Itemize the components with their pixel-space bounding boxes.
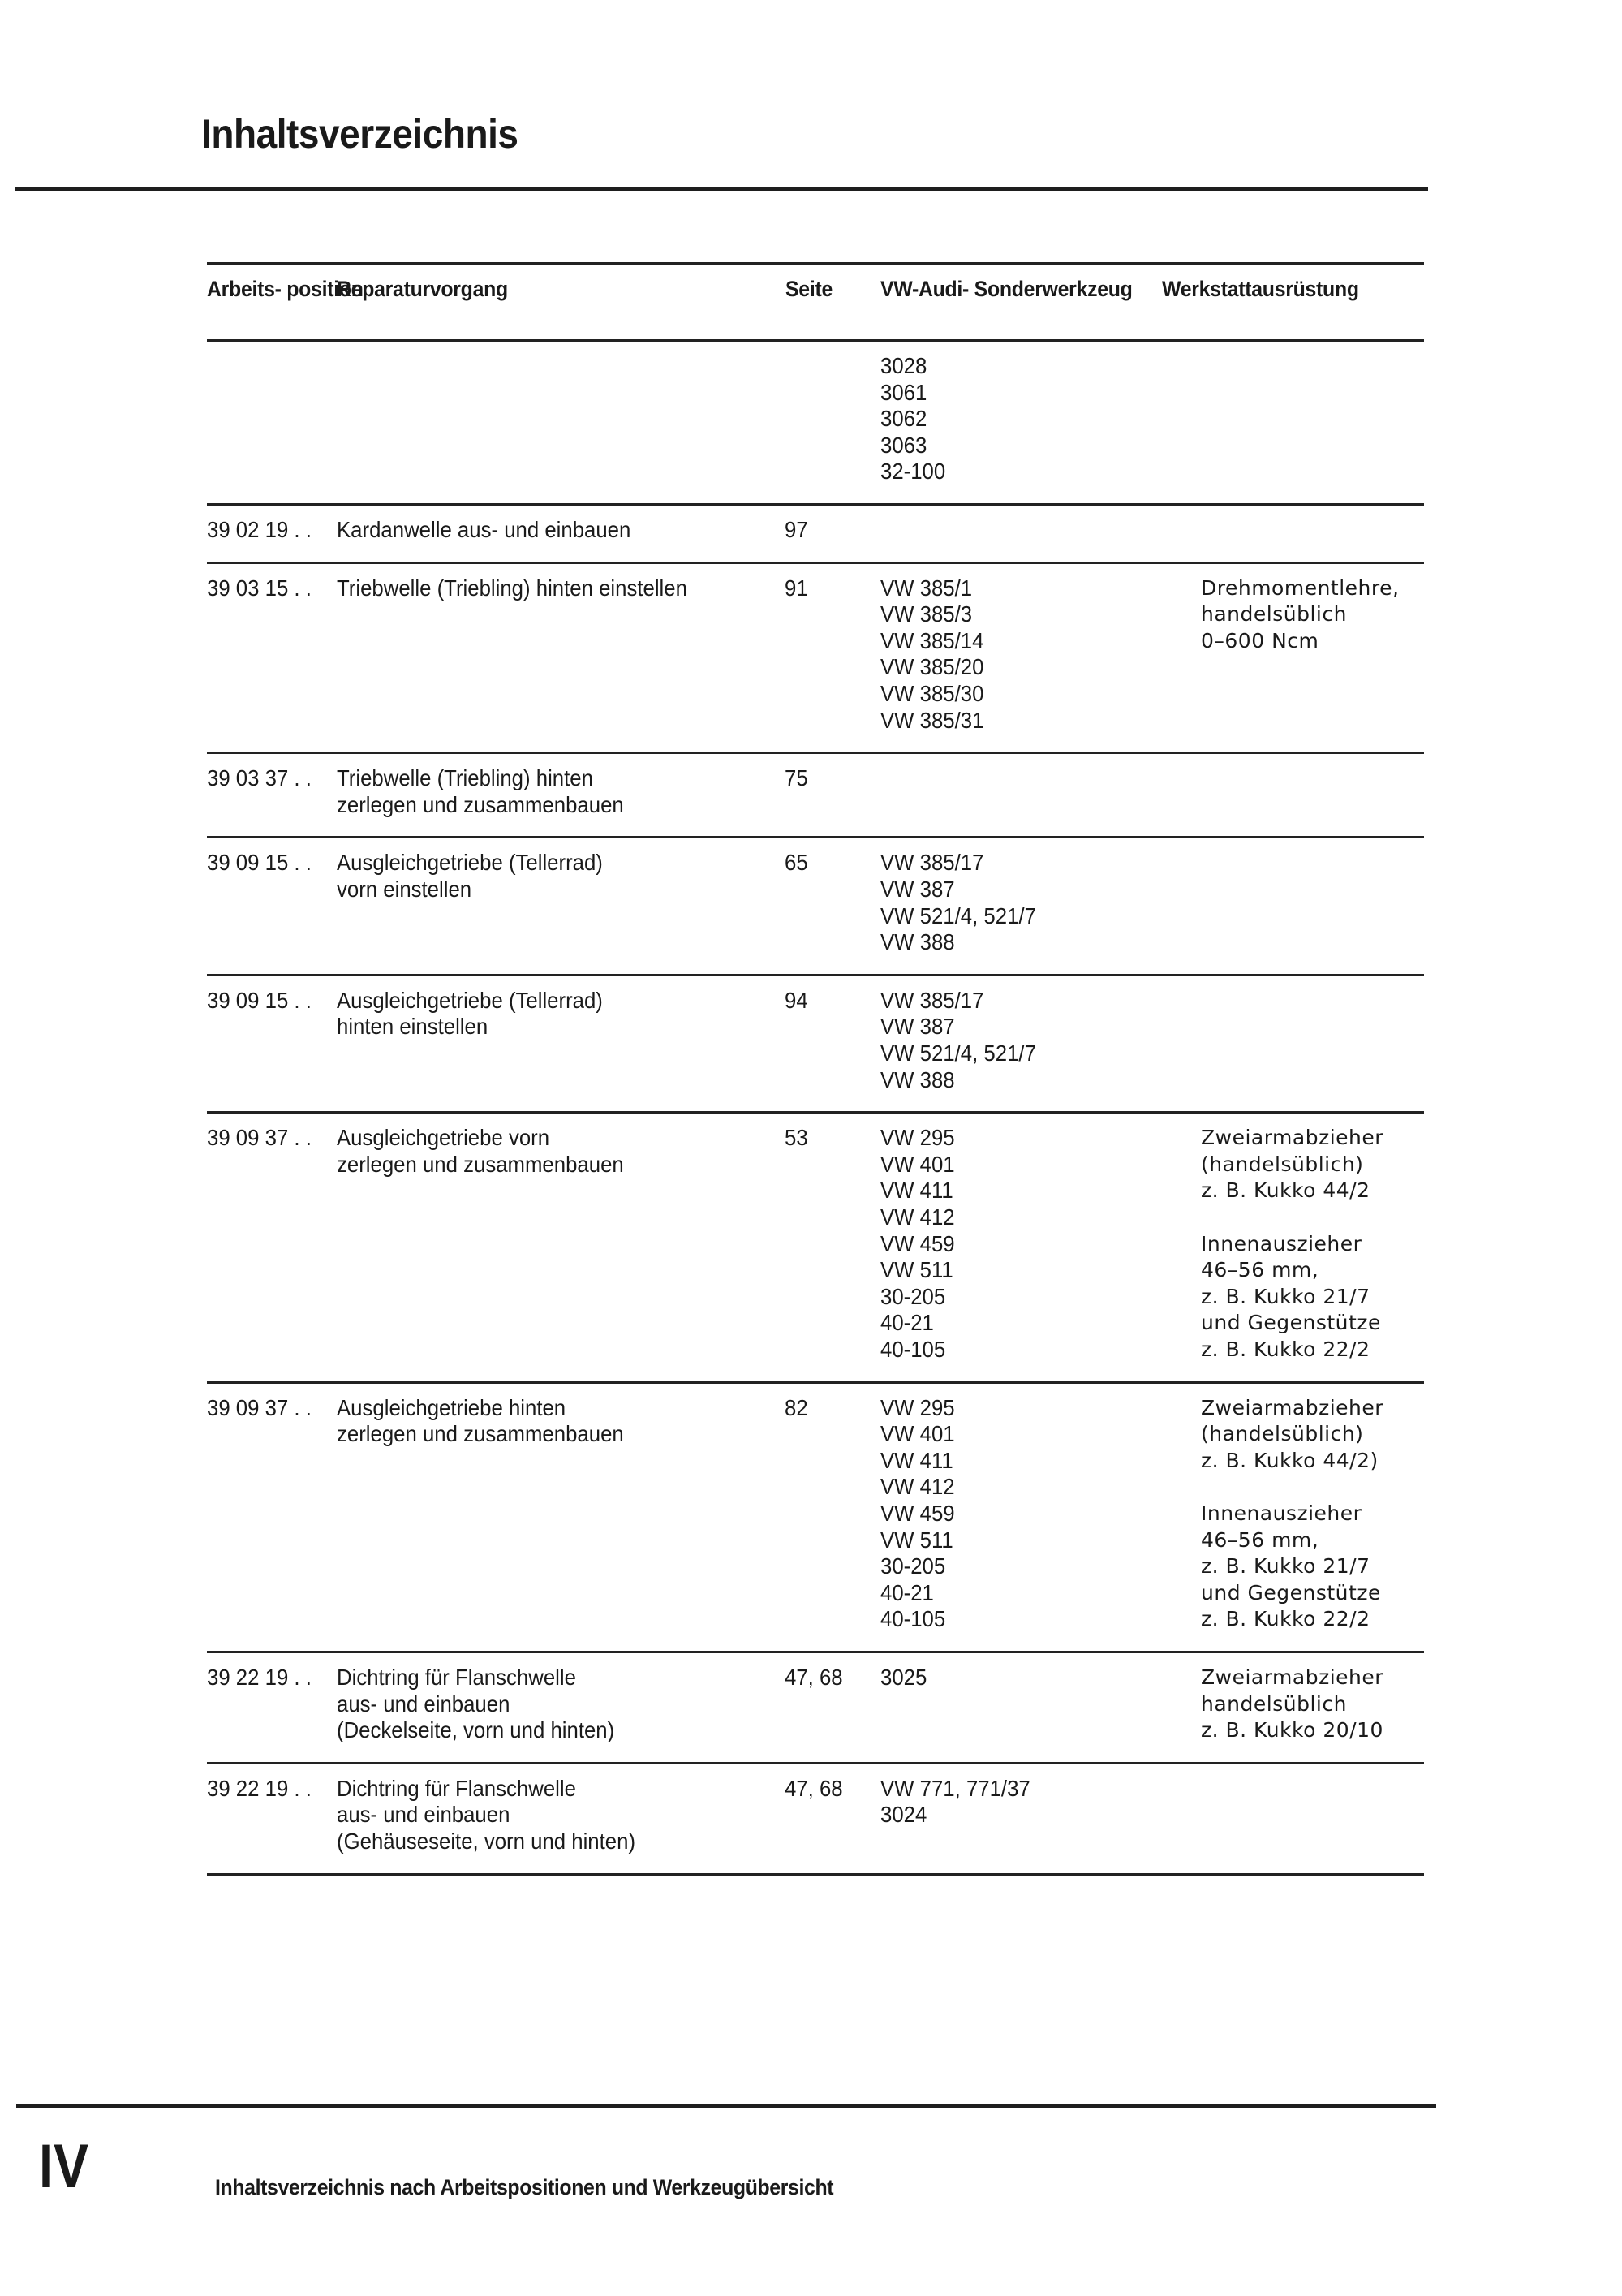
contents-table: Arbeits- position Reparaturvorgang Seite… xyxy=(207,262,1424,1876)
special-tools: VW 295VW 401VW 411VW 412VW 459VW 51130-2… xyxy=(880,1395,955,1633)
page-reference: 91 xyxy=(785,575,808,602)
table-body: 302830613062306332-10039 02 19 . .Kardan… xyxy=(207,342,1424,1876)
title-divider xyxy=(15,187,1428,191)
row-divider xyxy=(207,1873,1424,1876)
table-row: 39 03 37 . .Triebwelle (Triebling) hinte… xyxy=(207,754,1424,836)
repair-description: Triebwelle (Triebling) hinten einstellen xyxy=(337,575,687,602)
page-reference: 97 xyxy=(785,517,808,544)
workshop-equipment: Zweiarmabzieher(handelsüblich)z. B. Kukk… xyxy=(1201,1395,1383,1633)
table-row: 302830613062306332-100 xyxy=(207,342,1424,503)
repair-description: Kardanwelle aus- und einbauen xyxy=(337,517,630,544)
special-tools: 302830613062306332-100 xyxy=(880,353,945,485)
header-description: Reparaturvorgang xyxy=(337,276,508,303)
special-tools: 3025 xyxy=(880,1665,927,1691)
special-tools: VW 385/17VW 387VW 521/4, 521/7VW 388 xyxy=(880,850,1036,955)
special-tools: VW 385/1VW 385/3VW 385/14VW 385/20VW 385… xyxy=(880,575,983,734)
work-position: 39 09 15 . . xyxy=(207,850,312,877)
repair-description: Triebwelle (Triebling) hintenzerlegen un… xyxy=(337,765,624,818)
page-reference: 47, 68 xyxy=(785,1665,843,1691)
workshop-equipment: Zweiarmabzieherhandelsüblichz. B. Kukko … xyxy=(1201,1665,1383,1744)
work-position: 39 09 37 . . xyxy=(207,1395,312,1422)
work-position: 39 03 37 . . xyxy=(207,765,312,792)
work-position: 39 22 19 . . xyxy=(207,1776,312,1803)
table-row: 39 22 19 . .Dichtring für Flanschwelleau… xyxy=(207,1764,1424,1873)
work-position: 39 09 37 . . xyxy=(207,1125,312,1152)
work-position: 39 09 15 . . xyxy=(207,988,312,1014)
header-workshop-equipment: Werkstattausrüstung xyxy=(1162,276,1359,303)
repair-description: Dichtring für Flanschwelleaus- und einba… xyxy=(337,1665,614,1744)
page-title: Inhaltsverzeichnis xyxy=(201,110,518,157)
special-tools: VW 771, 771/373024 xyxy=(880,1776,1030,1829)
header-special-tools: VW-Audi- Sonderwerkzeug xyxy=(880,276,1133,303)
special-tools: VW 385/17VW 387VW 521/4, 521/7VW 388 xyxy=(880,988,1036,1093)
page-number: IV xyxy=(39,2136,88,2198)
repair-description: Ausgleichgetriebe vornzerlegen und zusam… xyxy=(337,1125,624,1178)
header-page: Seite xyxy=(785,276,833,303)
table-row: 39 22 19 . .Dichtring für Flanschwelleau… xyxy=(207,1653,1424,1762)
page-reference: 47, 68 xyxy=(785,1776,843,1803)
table-header: Arbeits- position Reparaturvorgang Seite… xyxy=(207,265,1424,339)
work-position: 39 02 19 . . xyxy=(207,517,312,544)
page-reference: 94 xyxy=(785,988,808,1014)
table-row: 39 09 37 . .Ausgleichgetriebe hintenzerl… xyxy=(207,1384,1424,1651)
repair-description: Ausgleichgetriebe hintenzerlegen und zus… xyxy=(337,1395,624,1448)
work-position: 39 22 19 . . xyxy=(207,1665,312,1691)
footer-divider xyxy=(16,2104,1436,2108)
page-reference: 53 xyxy=(785,1125,808,1152)
workshop-equipment: Zweiarmabzieher(handelsüblich)z. B. Kukk… xyxy=(1201,1125,1383,1363)
work-position: 39 03 15 . . xyxy=(207,575,312,602)
workshop-equipment: Drehmomentlehre,handelsüblich0–600 Ncm xyxy=(1201,575,1399,655)
table-row: 39 09 15 . .Ausgleichgetriebe (Tellerrad… xyxy=(207,838,1424,973)
table-row: 39 02 19 . .Kardanwelle aus- und einbaue… xyxy=(207,506,1424,562)
page-reference: 65 xyxy=(785,850,808,877)
footer-caption: Inhaltsverzeichnis nach Arbeitspositione… xyxy=(215,2175,833,2200)
page-reference: 82 xyxy=(785,1395,808,1422)
repair-description: Ausgleichgetriebe (Tellerrad)vorn einste… xyxy=(337,850,603,902)
page-reference: 75 xyxy=(785,765,808,792)
repair-description: Ausgleichgetriebe (Tellerrad)hinten eins… xyxy=(337,988,603,1040)
repair-description: Dichtring für Flanschwelleaus- und einba… xyxy=(337,1776,635,1855)
special-tools: VW 295VW 401VW 411VW 412VW 459VW 51130-2… xyxy=(880,1125,955,1363)
table-row: 39 03 15 . .Triebwelle (Triebling) hinte… xyxy=(207,564,1424,752)
table-row: 39 09 15 . .Ausgleichgetriebe (Tellerrad… xyxy=(207,976,1424,1111)
table-row: 39 09 37 . .Ausgleichgetriebe vornzerleg… xyxy=(207,1114,1424,1381)
